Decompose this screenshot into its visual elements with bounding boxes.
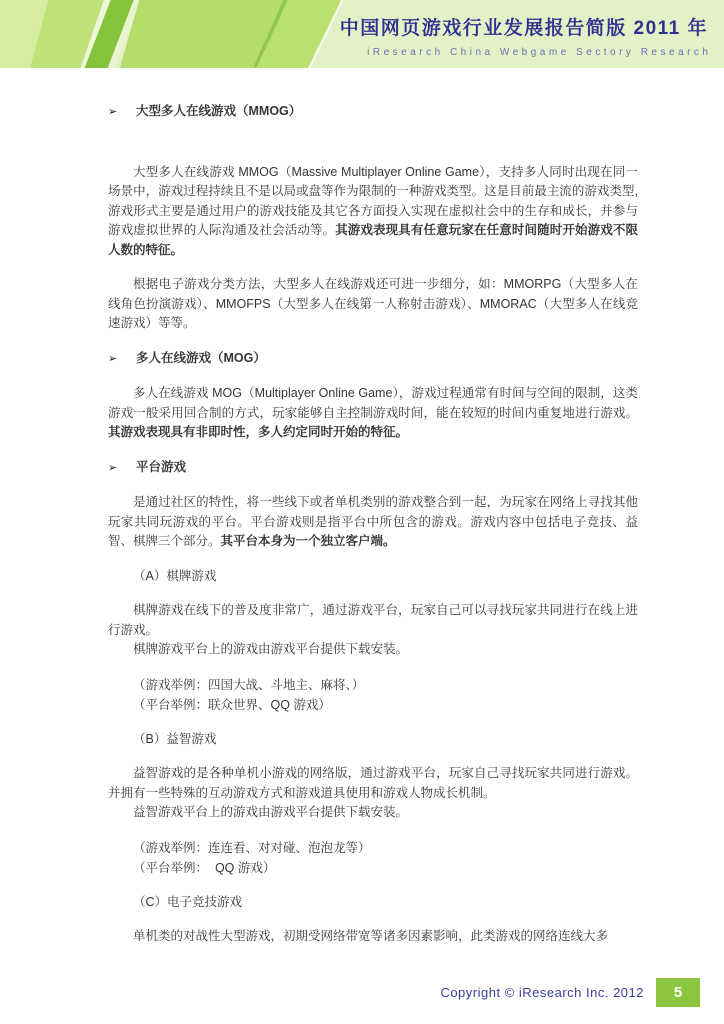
subsection-heading-c: （C）电子竞技游戏 — [108, 893, 638, 913]
copyright-text: Copyright © iResearch Inc. 2012 — [440, 985, 644, 1000]
section-heading-platform: ➢平台游戏 — [108, 458, 638, 479]
paragraph-puzzle-1: 益智游戏的是各种单机小游戏的网络版，通过游戏平台，玩家自己寻找玩家共同进行游戏。… — [108, 764, 638, 803]
paragraph-bold-text: 其平台本身为一个独立客户端。 — [221, 534, 396, 548]
header-text-block: 中国网页游戏行业发展报告简版 2011 年 iResearch China We… — [340, 13, 708, 58]
paragraph-mog-description: 多人在线游戏 MOG（Multiplayer Online Game），游戏过程… — [108, 384, 638, 443]
paragraph-boardgame-1: 棋牌游戏在线下的普及度非常广，通过游戏平台，玩家自己可以寻找玩家共同进行在线上进… — [108, 601, 638, 640]
section-heading-mmog: ➢大型多人在线游戏（MMOG） — [108, 102, 638, 123]
example-line-platforms-a: （平台举例：联众世界、QQ 游戏） — [108, 695, 638, 715]
section-heading-label: 平台游戏 — [136, 460, 186, 474]
report-title: 中国网页游戏行业发展报告简版 2011 年 — [340, 13, 708, 40]
bullet-arrow-icon: ➢ — [108, 103, 136, 123]
bullet-arrow-icon: ➢ — [108, 459, 136, 479]
page-footer: Copyright © iResearch Inc. 2012 5 — [0, 978, 724, 1008]
paragraph-mmog-description: 大型多人在线游戏 MMOG（Massive Multiplayer Online… — [108, 163, 638, 261]
section-heading-label: 大型多人在线游戏（MMOG） — [136, 104, 301, 118]
report-subtitle: iResearch China Webgame Sectory Research — [340, 47, 712, 58]
report-page: 中国网页游戏行业发展报告简版 2011 年 iResearch China We… — [0, 0, 724, 1024]
document-body: ➢大型多人在线游戏（MMOG） 大型多人在线游戏 MMOG（Massive Mu… — [0, 68, 724, 962]
section-heading-mog: ➢多人在线游戏（MOG） — [108, 349, 638, 370]
paragraph-puzzle-2: 益智游戏平台上的游戏由游戏平台提供下载安装。 — [108, 803, 638, 823]
page-header: 中国网页游戏行业发展报告简版 2011 年 iResearch China We… — [0, 0, 724, 68]
subsection-heading-a: （A）棋牌游戏 — [108, 567, 638, 587]
bullet-arrow-icon: ➢ — [108, 350, 136, 370]
example-line-games-a: （游戏举例：四国大战、斗地主、麻将、） — [108, 675, 638, 695]
example-group-a: （游戏举例：四国大战、斗地主、麻将、） （平台举例：联众世界、QQ 游戏） — [108, 675, 638, 715]
example-line-platforms-b: （平台举例： QQ 游戏） — [108, 858, 638, 878]
paragraph-bold-text: 其游戏表现具有非即时性，多人约定同时开始的特征。 — [108, 425, 408, 439]
paragraph-esports-1: 单机类的对战性大型游戏，初期受网络带宽等诸多因素影响，此类游戏的网络连线大多 — [108, 927, 638, 947]
paragraph-boardgame-2: 棋牌游戏平台上的游戏由游戏平台提供下载安装。 — [108, 640, 638, 660]
paragraph-text: 多人在线游戏 MOG（Multiplayer Online Game），游戏过程… — [108, 386, 638, 420]
page-number-badge: 5 — [656, 978, 700, 1007]
paragraph-mmog-subtypes: 根据电子游戏分类方法，大型多人在线游戏还可进一步细分，如：MMORPG（大型多人… — [108, 275, 638, 334]
example-group-b: （游戏举例：连连看、对对碰、泡泡龙等） （平台举例： QQ 游戏） — [108, 838, 638, 878]
section-heading-label: 多人在线游戏（MOG） — [136, 351, 266, 365]
subsection-heading-b: （B）益智游戏 — [108, 730, 638, 750]
paragraph-platform-description: 是通过社区的特性，将一些线下或者单机类别的游戏整合到一起，为玩家在网络上寻找其他… — [108, 493, 638, 552]
example-line-games-b: （游戏举例：连连看、对对碰、泡泡龙等） — [108, 838, 638, 858]
